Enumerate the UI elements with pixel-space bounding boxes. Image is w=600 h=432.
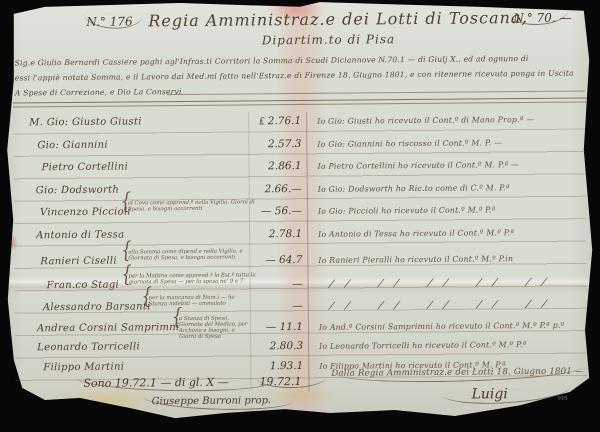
amount-value: — 64.7: [238, 254, 302, 267]
amount-value: ₤ 2.76.1: [237, 115, 301, 128]
payee-name: Pietro Cortellini: [42, 161, 129, 173]
amount-value: 2.80.3: [239, 340, 303, 353]
amount-value: 2.57.3: [237, 138, 301, 151]
flourish-under-total: [75, 377, 275, 392]
amount-value: 2.66.—: [238, 183, 302, 196]
row-annotation: per la mancanza di Num.i — ha Stanza ind…: [149, 294, 249, 307]
payee-name: Ranieri Ciselli: [40, 256, 117, 268]
row-annotation: alla Somma come dipend.e nella Vigilia, …: [128, 248, 256, 261]
flourish-under-right-signature: [441, 386, 572, 407]
photograph-background: N.° 176 Regia Amministraz.e dei Lotti di…: [0, 0, 600, 432]
payee-name: Filippo Martini: [43, 362, 124, 374]
amount-value: —: [239, 278, 303, 291]
payee-name: Gio: Dodsworth: [36, 185, 119, 197]
document-title: Regia Amministraz.e dei Lotti di Toscana…: [148, 8, 508, 30]
receipt-ditto-marks: ⁄⁄ ⁄⁄ ⁄⁄ ⁄⁄ ⁄⁄: [331, 298, 559, 313]
row-annotation: al Covo come apprend.ª nella Vigilia, Gi…: [128, 199, 256, 212]
payee-name: Antonio di Tessa: [36, 230, 124, 242]
amount-value: 2.78.1: [238, 228, 302, 241]
receipt-text: Io Ranieri Pieralli ho ricevuto il Cont.…: [318, 254, 513, 265]
document-subtitle: Dipartim.to di Pisa: [158, 31, 498, 48]
amount-value: — 56.—: [238, 205, 302, 218]
catalog-number: 919: [558, 396, 568, 402]
payee-name: Gio: Giannini: [37, 140, 108, 152]
intro-line-3: A Spese di Correzione, e Dio La Conservi: [15, 87, 182, 97]
flourish-under-left-signature: [144, 397, 294, 412]
intro-line-2: essi l'appiè notata Somma, e il Lavoro d…: [15, 69, 574, 83]
amount-value: 1.93.1: [239, 360, 303, 373]
receipt-ditto-marks: ⁄⁄ ⁄⁄ ⁄⁄ ⁄⁄ ⁄⁄: [331, 276, 559, 291]
table-row: M. Gio: Giusto Giusti ₤ 2.76.1 Io Gio: G…: [0, 112, 599, 117]
receipt-text: Io Leonardo Torricelli ho ricevuto il Co…: [319, 340, 526, 351]
intro-trailing-rule: [167, 91, 585, 96]
payee-name: Vincenzo Piccioli: [40, 206, 131, 218]
receipt-text: Io Gio: Giusti ho ricevuto il Cont.º di …: [317, 115, 534, 126]
receipt-text: Io Pietro Cortellini ho ricevuto il Cont…: [318, 160, 520, 171]
amount-value: 2.86.1: [238, 160, 302, 173]
payee-name: M. Gio: Giusto Giusti: [29, 116, 142, 128]
receipt-text: Io Antonio di Tessa ho ricevuto il Cont.…: [318, 228, 514, 239]
amount-value: —: [239, 300, 303, 313]
payee-name: Alessandro Barsanti: [43, 301, 151, 313]
intro-line-1: Sig.e Giulio Bernardi Cassiere paghi agl…: [15, 54, 529, 67]
receipt-text: Io Gio: Piccioli ho ricevuto il Cont.º M…: [318, 205, 496, 216]
payee-name: Andrea Corsini Samprimni: [37, 322, 180, 334]
payee-name: Leonardo Torricelli: [37, 341, 140, 353]
receipt-text: Io Gio: Giannini ho riscosso il Cont.º M…: [317, 138, 502, 149]
amount-value: — 11.1: [239, 321, 303, 334]
manuscript-content: N.° 176 Regia Amministraz.e dei Lotti di…: [0, 0, 600, 432]
payee-name: Fran.co Stagi: [47, 280, 120, 292]
receipt-text: Io Gio: Dodsworth ho Ric.to come di C.º …: [318, 183, 510, 194]
